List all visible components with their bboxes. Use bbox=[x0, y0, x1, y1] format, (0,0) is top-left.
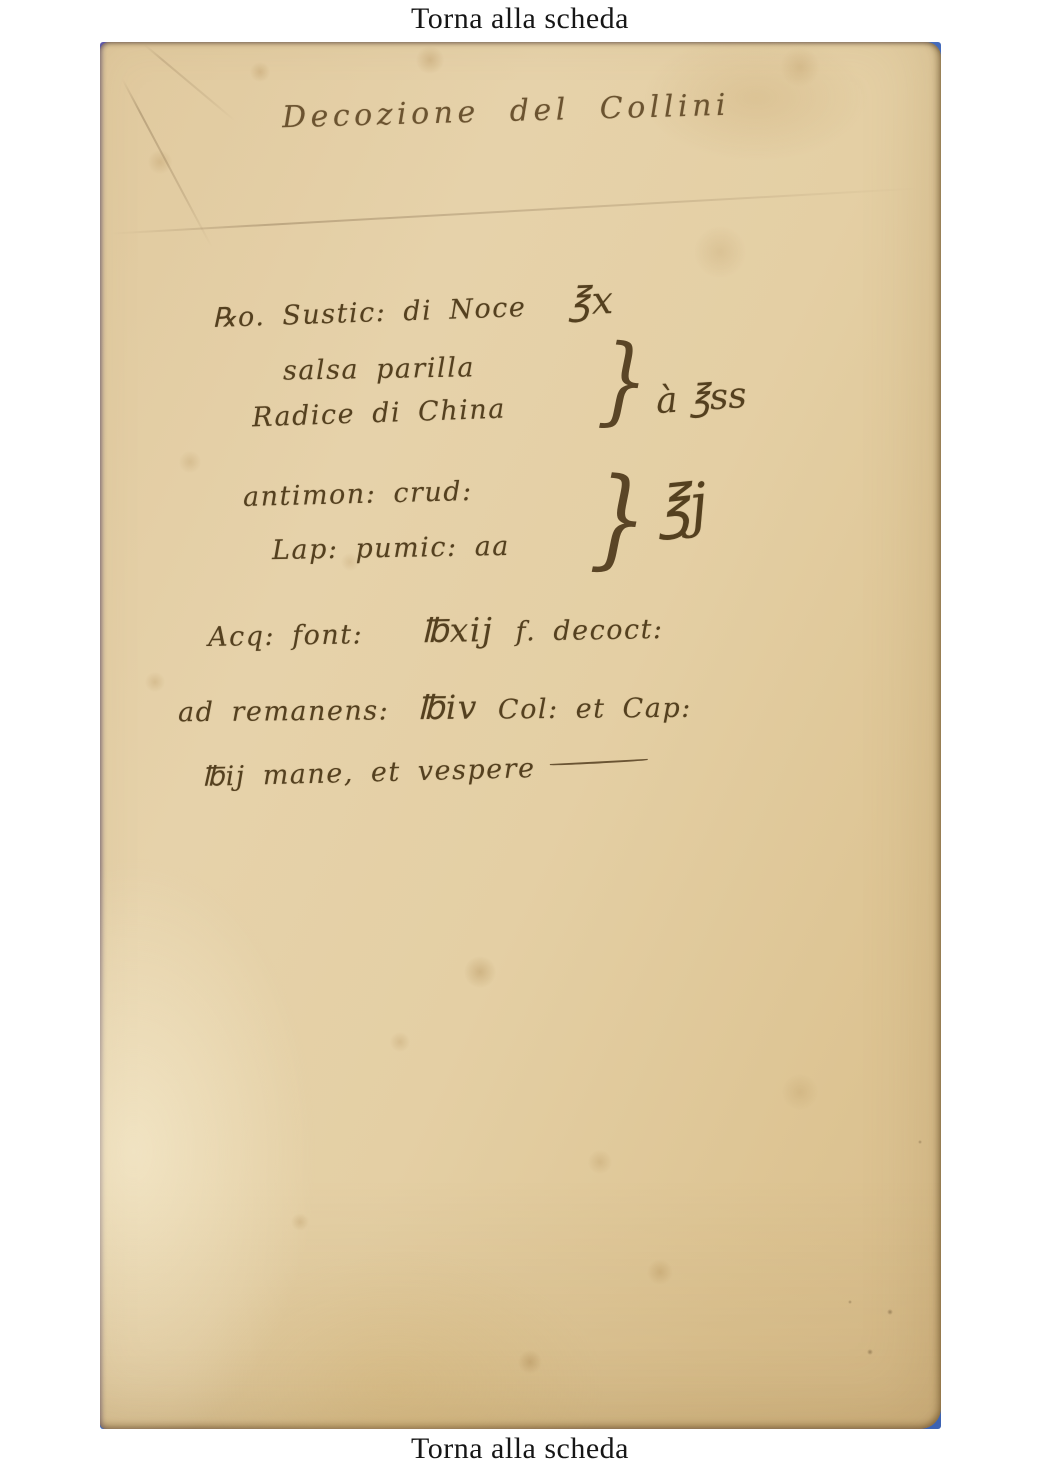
manuscript-title: Decozione del Collini bbox=[282, 88, 731, 135]
quantity-text: ℔iv bbox=[417, 688, 478, 728]
back-to-record-link-top[interactable]: Torna alla scheda bbox=[0, 2, 1040, 36]
manuscript-line: Acq: font:℔xijf. decoct: bbox=[208, 607, 664, 654]
flourish-line bbox=[549, 759, 647, 766]
ingredient-text: ℞o. Sustic: di Noce bbox=[212, 292, 527, 334]
quantity-text: ℔xij bbox=[421, 610, 494, 650]
manuscript-line: ad remanens:℔ivCol: et Cap: bbox=[178, 686, 692, 729]
quantity-text: à ℥ss bbox=[655, 375, 748, 422]
manuscript-line: ℔ij mane, et vespere bbox=[202, 750, 648, 793]
manuscript-scan: Decozione del Collini ℞o. Sustic: di Noc… bbox=[100, 42, 941, 1429]
back-to-record-link-bottom[interactable]: Torna alla scheda bbox=[0, 1432, 1040, 1466]
manuscript-line: antimon: crud: bbox=[243, 476, 473, 513]
quantity-text: ℥x bbox=[567, 278, 615, 324]
instruction-text: f. decoct: bbox=[515, 614, 663, 648]
brace-glyph: } bbox=[589, 462, 650, 575]
ingredient-text: Acq: font: bbox=[208, 619, 364, 653]
paper-texture-overlay bbox=[100, 42, 941, 1429]
manuscript-line: Radice di China bbox=[252, 394, 507, 434]
paper-crease bbox=[122, 79, 213, 248]
manuscript-line: salsa parilla bbox=[283, 352, 475, 386]
instruction-text: ℔ij mane, et vespere bbox=[202, 753, 536, 793]
brace-glyph: } bbox=[596, 331, 650, 431]
paper-crease bbox=[143, 44, 236, 123]
quantity-text: ℥j bbox=[653, 469, 711, 542]
instruction-text: Col: et Cap: bbox=[498, 693, 692, 726]
manuscript-page: Decozione del Collini ℞o. Sustic: di Noc… bbox=[100, 42, 941, 1429]
ingredient-text: ad remanens: bbox=[178, 695, 390, 728]
manuscript-line: Lap: pumic: aa bbox=[272, 531, 510, 566]
paper-crease bbox=[111, 187, 920, 234]
manuscript-line: ℞o. Sustic: di Noce℥x bbox=[211, 278, 615, 336]
